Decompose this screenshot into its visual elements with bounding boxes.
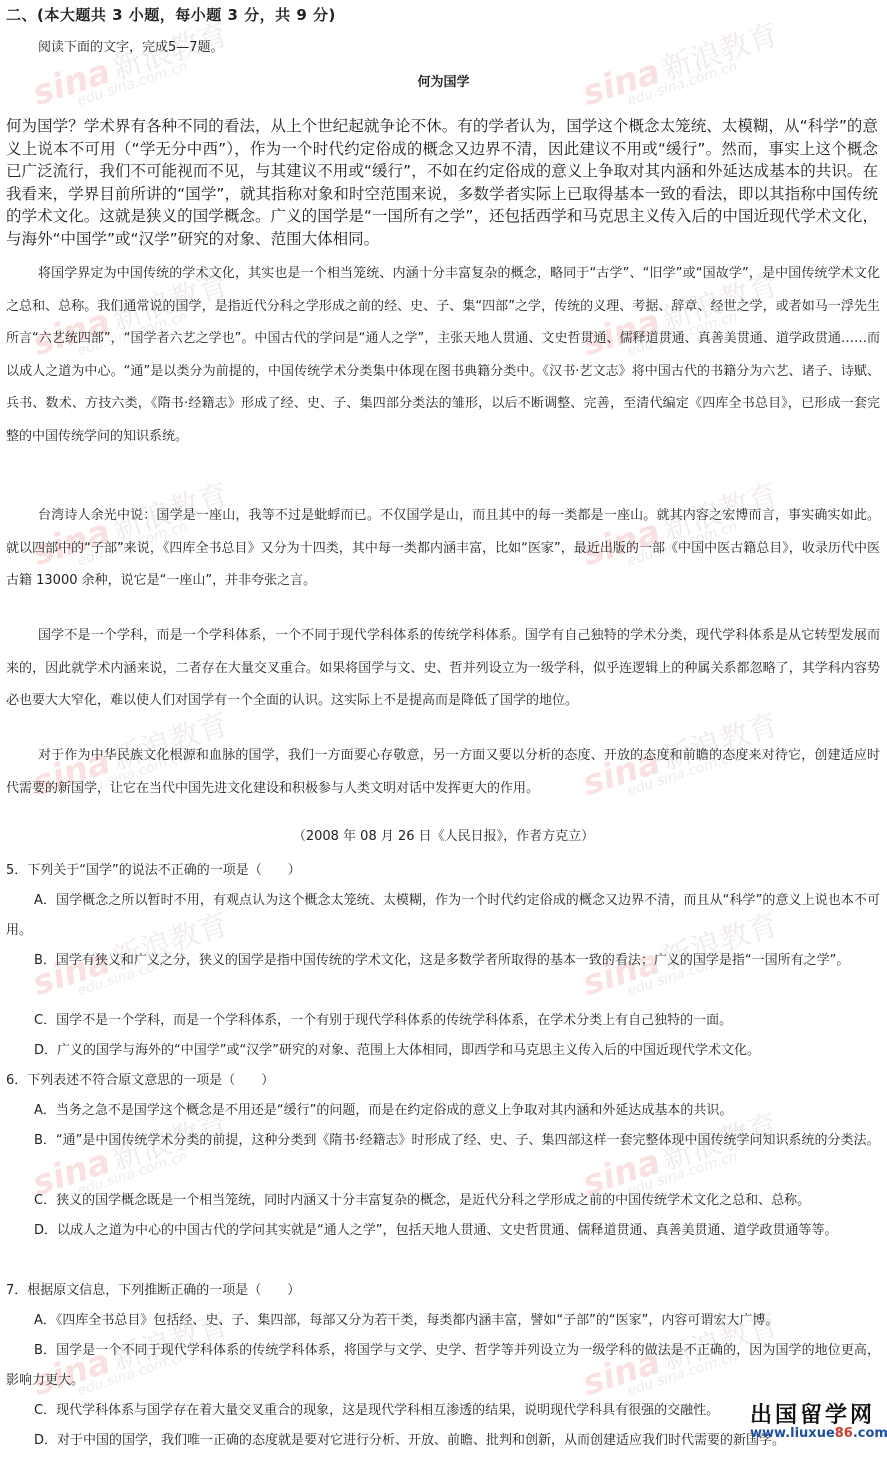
question-7-option-a: A．《四库全书总目》包括经、史、子、集四部，每部又分为若干类，每类都内涵丰富，譬…	[6, 1306, 880, 1336]
article-paragraph-1: 何为国学？学术界有各种不同的看法，从上个世纪起就争论不休。有的学者认为，国学这个…	[6, 115, 878, 250]
question-7-stem: 7．根据原文信息，下列推断正确的一项是（ ）	[6, 1276, 880, 1306]
question-6-option-b: B．“通”是中国传统学术分类的前提，这种分类到《隋书·经籍志》时形成了经、史、子…	[6, 1126, 880, 1156]
article-paragraph-3: 台湾诗人余光中说：国学是一座山，我等不过是蚍蜉而已。不仅国学是山，而且其中的每一…	[6, 500, 880, 598]
question-6-stem: 6．下列表述不符合原文意思的一项是（ ）	[6, 1066, 880, 1096]
article-paragraph-5: 对于作为中华民族文化根源和血脉的国学，我们一方面要心存敬意，另一方面又要以分析的…	[6, 740, 880, 805]
question-5-option-b: B．国学有狭义和广义之分，狭义的国学是指中国传统的学术文化，这是多数学者所取得的…	[6, 946, 880, 976]
site-brand-logo: 出国留学网 www.liuxue86.com	[750, 1398, 880, 1441]
sina-watermark: sina新浪教育edu.sina.com.cn	[576, 9, 783, 114]
brand-url[interactable]: www.liuxue86.com	[750, 1426, 880, 1441]
brand-url-prefix: www.liuxue	[750, 1426, 835, 1441]
sina-watermark: sina新浪教育edu.sina.com.cn	[26, 9, 233, 114]
article-source: （2008 年 08 月 26 日《人民日报》，作者方克立）	[0, 825, 887, 844]
question-5-option-c: C．国学不是一个学科，而是一个学科体系，一个有别于现代学科体系的传统学科体系，在…	[6, 1006, 880, 1036]
question-5-option-d: D．广义的国学与海外的“中国学”或“汉学”研究的对象、范围上大体相同，即西学和马…	[6, 1036, 880, 1066]
question-6-option-a: A．当务之急不是国学这个概念是不用还是“缓行”的问题，而是在约定俗成的意义上争取…	[6, 1096, 880, 1126]
question-7-option-b: B．国学是一个不同于现代学科体系的传统学科体系，将国学与文学、史学、哲学等并列设…	[6, 1336, 880, 1396]
article-paragraph-4: 国学不是一个学科，而是一个学科体系，一个不同于现代学科体系的传统学科体系。国学有…	[6, 620, 880, 718]
brand-name: 出国留学网	[750, 1398, 880, 1429]
question-6-option-d: D．以成人之道为中心的中国古代的学问其实就是“通人之学”，包括天地人贯通、文史哲…	[6, 1216, 880, 1246]
question-5-stem: 5．下列关于“国学”的说法不正确的一项是（ ）	[6, 856, 880, 886]
brand-url-suffix: .com	[853, 1426, 887, 1441]
question-6-option-c: C．狭义的国学概念既是一个相当笼统，同时内涵又十分丰富复杂的概念，是近代分科之学…	[6, 1186, 880, 1216]
question-7-option-c: C．现代学科体系与国学存在着大量交叉重合的现象，这是现代学科相互渗透的结果，说明…	[6, 1396, 880, 1426]
document-page: sina新浪教育edu.sina.com.cn sina新浪教育edu.sina…	[0, 0, 887, 1459]
section-heading: 二、(本大题共 3 小题，每小题 3 分，共 9 分)	[6, 4, 336, 25]
brand-url-number: 86	[835, 1426, 853, 1441]
section-instructions: 阅读下面的文字，完成5—7题。	[38, 36, 224, 55]
question-7-option-d: D．对于中国的国学，我们唯一正确的态度就是要对它进行分析、开放、前瞻、批判和创新…	[6, 1426, 880, 1456]
article-paragraph-2: 将国学界定为中国传统的学术文化，其实也是一个相当笼统、内涵十分丰富复杂的概念，略…	[6, 258, 880, 453]
article-title: 何为国学	[0, 71, 887, 90]
question-5-option-a: A．国学概念之所以暂时不用，有观点认为这个概念太笼统、太模糊，作为一个时代约定俗…	[6, 886, 880, 946]
